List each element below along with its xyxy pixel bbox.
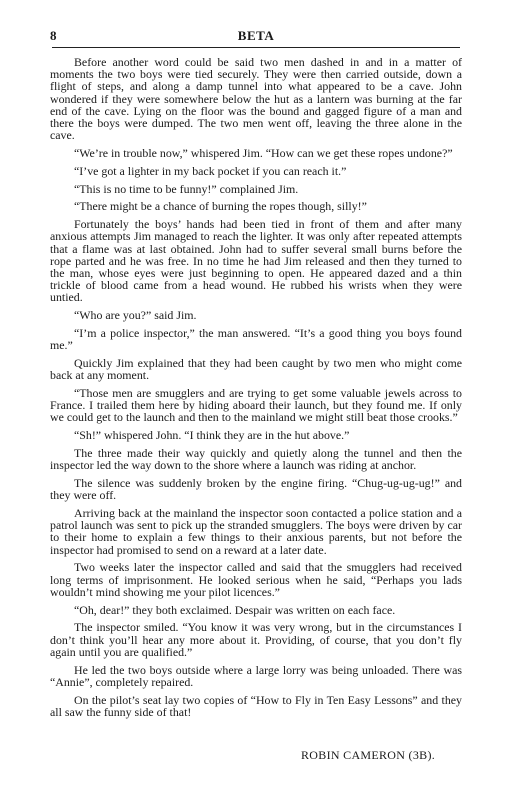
paragraph: “Sh!” whispered John. “I think they are … [50, 429, 462, 441]
running-title: BETA [50, 28, 462, 44]
paragraph: Arriving back at the mainland the inspec… [50, 507, 462, 556]
paragraph: Before another word could be said two me… [50, 56, 462, 141]
paragraph: “There might be a chance of burning the … [50, 200, 462, 212]
document-page: 8 BETA Before another word could be said… [0, 0, 520, 800]
paragraph: “I’m a police inspector,” the man answer… [50, 327, 462, 351]
paragraph: He led the two boys outside where a larg… [50, 664, 462, 688]
paragraph: The three made their way quickly and qui… [50, 447, 462, 471]
page-header: 8 BETA [50, 28, 462, 46]
paragraph: The inspector smiled. “You know it was v… [50, 621, 462, 658]
paragraph: “Who are you?” said Jim. [50, 309, 462, 321]
paragraph: “We’re in trouble now,” whispered Jim. “… [50, 147, 462, 159]
paragraph: Two weeks later the inspector called and… [50, 561, 462, 598]
header-rule [52, 47, 460, 48]
paragraph: On the pilot’s seat lay two copies of “H… [50, 694, 462, 718]
paragraph: Fortunately the boys’ hands had been tie… [50, 218, 462, 303]
paragraph: “This is no time to be funny!” complaine… [50, 183, 462, 195]
paragraph: “Oh, dear!” they both exclaimed. Despair… [50, 604, 462, 616]
paragraph: The silence was suddenly broken by the e… [50, 477, 462, 501]
paragraph: “Those men are smugglers and are trying … [50, 387, 462, 424]
story-body: Before another word could be said two me… [50, 56, 462, 724]
paragraph: Quickly Jim explained that they had been… [50, 357, 462, 381]
paragraph: “I’ve got a lighter in my back pocket if… [50, 165, 462, 177]
author-signature: ROBIN CAMERON (3B). [301, 748, 435, 763]
